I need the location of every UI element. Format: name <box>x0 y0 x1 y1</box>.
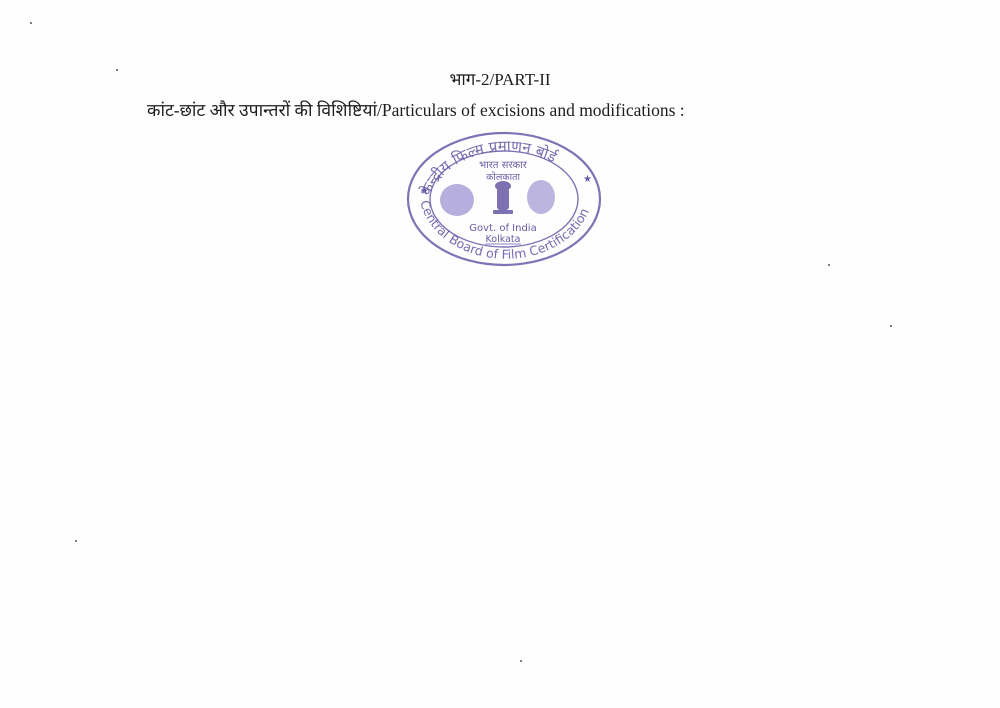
star-left-icon: ★ <box>420 186 429 197</box>
stamp-inner-bottom-2: Kolkata <box>486 234 521 245</box>
section-heading: कांट-छांट और उपान्तरों की विशिष्टियां/Pa… <box>147 99 685 121</box>
stamp-inner-bottom-1: Govt. of India <box>469 223 536 234</box>
national-emblem-icon <box>493 181 513 214</box>
cbfc-stamp: केन्द्रीय फिल्म प्रमाणन बोर्ड Central Bo… <box>405 130 603 268</box>
right-scribble-icon <box>527 180 555 214</box>
scan-speck <box>828 264 830 266</box>
scan-speck <box>30 22 32 24</box>
part-heading-text: भाग-2/PART-II <box>449 70 550 89</box>
scan-speck <box>116 69 118 71</box>
part-heading: भाग-2/PART-II <box>0 70 1000 90</box>
star-right-icon: ★ <box>583 174 592 185</box>
left-scribble-icon <box>440 184 474 216</box>
scan-speck <box>520 660 522 662</box>
document-page: भाग-2/PART-II कांट-छांट और उपान्तरों की … <box>0 0 1000 708</box>
scan-speck <box>75 540 77 542</box>
stamp-inner-top-1: भारत सरकार <box>479 160 528 171</box>
scan-speck <box>890 325 892 327</box>
